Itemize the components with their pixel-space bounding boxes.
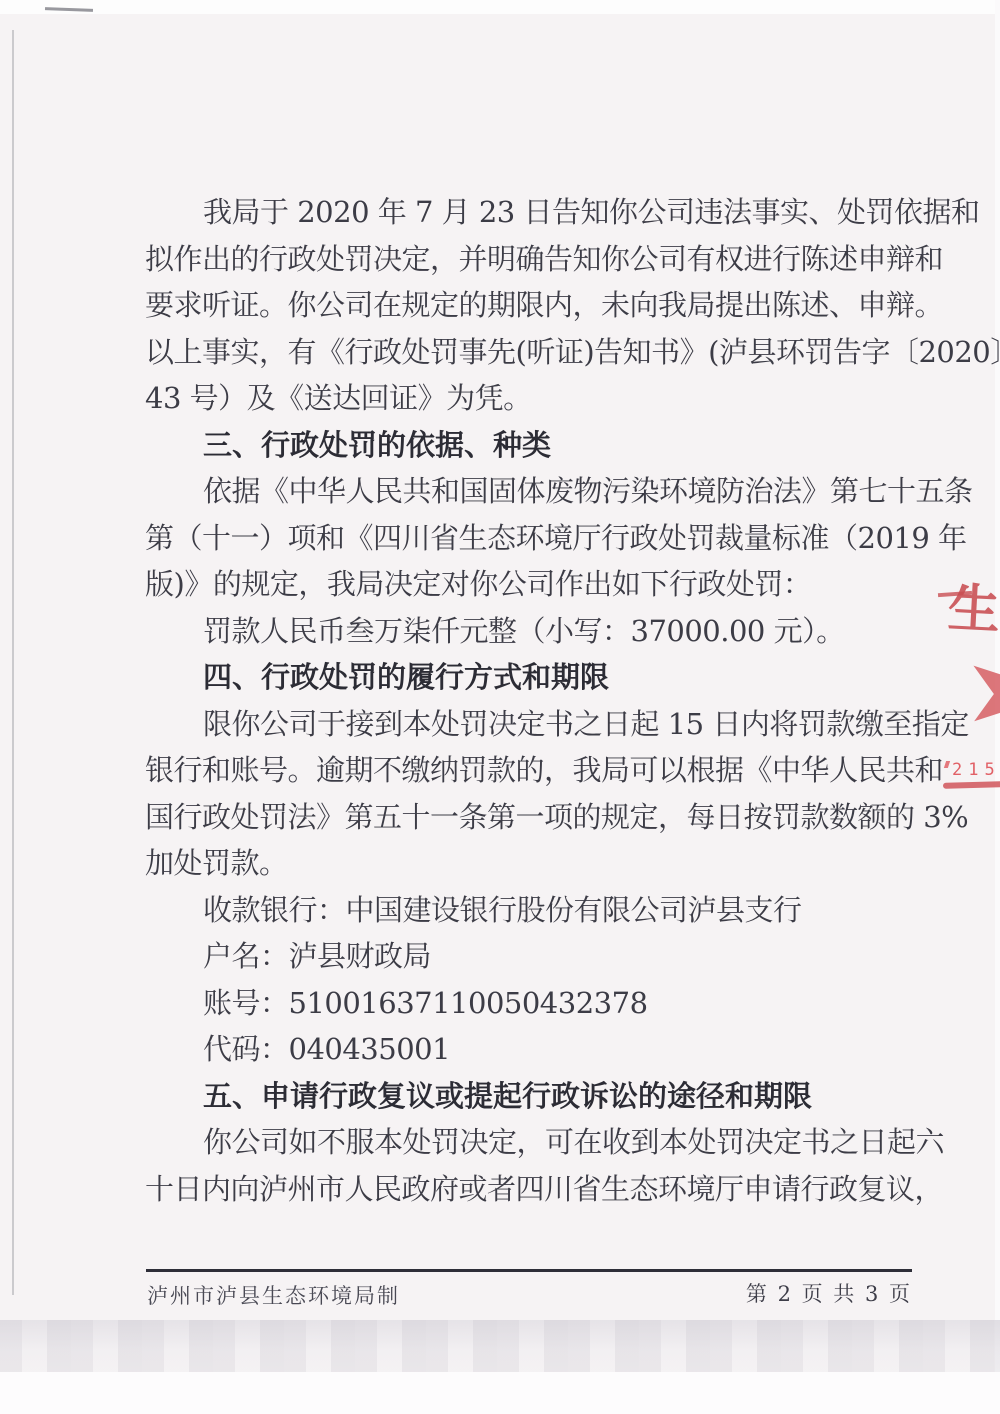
scan-edge-top	[0, 0, 1000, 14]
official-seal-number: 215	[952, 760, 1000, 780]
paper-edge-shadow	[12, 30, 14, 1295]
section-heading: 五、申请行政复议或提起行政诉讼的途径和期限	[145, 1073, 935, 1120]
document-text-line: 要求听证。你公司在规定的期限内，未向我局提出陈述、申辩。	[145, 282, 935, 329]
document-text-line: 第（十一）项和《四川省生态环境厅行政处罚裁量标准（2019 年	[145, 515, 935, 562]
document-text-line: 代码：040435001	[145, 1026, 935, 1073]
document-text-line: 收款银行：中国建设银行股份有限公司泸县支行	[145, 887, 935, 934]
document-text-line: 罚款人民币叁万柒仟元整（小写：37000.00 元）。	[145, 608, 935, 655]
document-text-line: 限你公司于接到本处罚决定书之日起 15 日内将罚款缴至指定	[145, 701, 935, 748]
document-text-line: 加处罚款。	[145, 840, 935, 887]
section-heading: 四、行政处罚的履行方式和期限	[145, 654, 935, 701]
footer-divider-line	[146, 1269, 912, 1272]
section-heading: 三、行政处罚的依据、种类	[145, 422, 935, 469]
footer-page-number: 第 2 页 共 3 页	[700, 1278, 912, 1308]
scan-texture-band	[0, 1320, 1000, 1376]
footer-issuer-text: 泸州市泸县生态环境局制	[147, 1280, 400, 1310]
scan-edge-bottom	[0, 1372, 1000, 1414]
document-text-line: 以上事实，有《行政处罚事先(听证)告知书》(泸县环罚告字〔2020〕	[145, 329, 935, 376]
official-seal-underline	[943, 781, 1000, 789]
document-text-line: 我局于 2020 年 7 月 23 日告知你公司违法事实、处罚依据和	[145, 189, 935, 236]
document-text-line: 账号：51001637110050432378	[145, 980, 935, 1027]
document-text-line: 43 号）及《送达回证》为凭。	[145, 375, 935, 422]
scanned-document-page: 我局于 2020 年 7 月 23 日告知你公司违法事实、处罚依据和拟作出的行政…	[0, 0, 1000, 1414]
document-text-line: 依据《中华人民共和国固体废物污染环境防治法》第七十五条	[145, 468, 935, 515]
official-seal-partial-character: 生	[947, 583, 1000, 638]
document-text-line: 户名：泸县财政局	[145, 933, 935, 980]
official-seal-tick-mark	[944, 761, 950, 768]
document-text-line: 你公司如不服本处罚决定，可在收到本处罚决定书之日起六	[145, 1119, 935, 1166]
document-text-line: 十日内向泸州市人民政府或者四川省生态环境厅申请行政复议，	[145, 1166, 935, 1213]
document-text-line: 版)》的规定，我局决定对你公司作出如下行政处罚：	[145, 561, 935, 608]
document-text-line: 国行政处罚法》第五十一条第一项的规定，每日按罚款数额的 3%	[145, 794, 935, 841]
document-text-line: 拟作出的行政处罚决定，并明确告知你公司有权进行陈述申辩和	[145, 236, 935, 283]
document-text-line: 银行和账号。逾期不缴纳罚款的，我局可以根据《中华人民共和	[145, 747, 935, 794]
document-body: 我局于 2020 年 7 月 23 日告知你公司违法事实、处罚依据和拟作出的行政…	[145, 189, 935, 1212]
